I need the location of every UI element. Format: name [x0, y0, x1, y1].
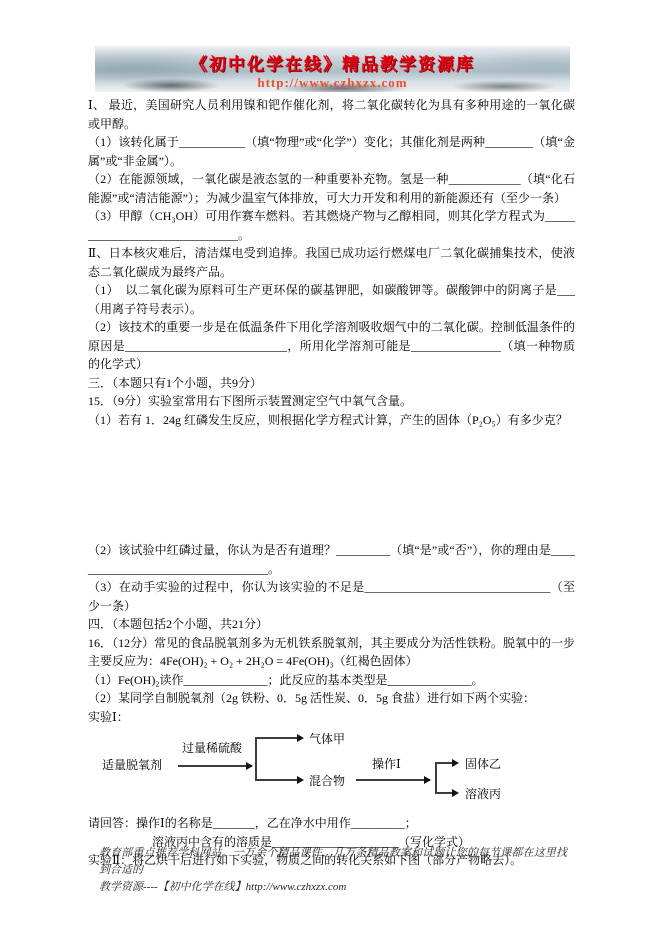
arrow-right-icon — [424, 776, 431, 784]
page-footer: 教育部重点推荐学科网站。一万余个精品课件，几万条精品教案和试题让您的每节课都在这… — [99, 845, 567, 896]
banner-url-text: http://www.czhxzx.com — [95, 75, 570, 91]
diagram-line — [255, 779, 299, 781]
diagram-node-gas-a: 气体甲 — [309, 730, 345, 749]
question-II-intro: Ⅱ、日本核灾难后，清洁煤电受到追捧。我国已成功运行燃煤电厂二氧化碳捕集技术，使液… — [88, 244, 575, 281]
diagram-node-mixture: 混合物 — [309, 772, 345, 791]
arrow-right-icon — [297, 776, 304, 784]
question-I-sub1: （1）该转化属于___________（填“物理”或“化学”）变化；其催化剂是两… — [88, 133, 575, 170]
calculation-answer-space — [88, 429, 575, 541]
worksheet-page: 《初中化学在线》精品教学资源库 http://www.czhxzx.com Ⅰ、… — [0, 0, 661, 935]
banner-title: 《初中化学在线》精品教学资源库 — [95, 50, 570, 75]
arrow-right-icon — [297, 734, 304, 742]
arrow-right-icon — [452, 759, 459, 767]
question-II-sub2: （2）该技术的重要一步是在低温条件下用化学溶剂吸收烟气中的二氧化碳。控制低温条件… — [88, 318, 575, 374]
question-I-intro: Ⅰ、 最近，美国研究人员利用镍和钯作催化剂，将二氧化碳转化为具有多种用途的一氧化… — [88, 96, 575, 133]
diagram-line — [356, 779, 430, 781]
question-I-sub3: （3）甲醇（CH₃OH）可用作赛车燃料。若其燃烧产物与乙醇相同，则其化学方程式为… — [88, 207, 575, 244]
diagram-node-solid-b: 固体乙 — [465, 755, 501, 774]
diagram-arrow-label-operation1: 操作Ⅰ — [372, 755, 401, 774]
experiment1-flow-diagram: 适量脱氧剂 过量稀硫酸 气体甲 混合物 操作Ⅰ 固体乙 溶液丙 — [88, 728, 575, 808]
question-II-sub1: （1） 以二氧化碳为原料可生产更环保的碳基钾肥，如碳酸钾等。碳酸钾中的阴离子是_… — [88, 281, 575, 318]
diagram-line — [255, 737, 299, 739]
arrow-right-icon — [246, 762, 253, 770]
section-3-header: 三．（本题只有1个小题，共9分） — [88, 374, 575, 393]
diagram-arrow-label-sulfuric-acid: 过量稀硫酸 — [182, 739, 242, 758]
section-4-header: 四．（本题包括2个小题，共21分） — [88, 615, 575, 634]
diagram-line — [178, 765, 252, 767]
question-15-sub1: （1）若有 1．24g 红磷发生反应，则根据化学方程式计算，产生的固体（P₂O₅… — [88, 411, 575, 430]
site-banner: 《初中化学在线》精品教学资源库 http://www.czhxzx.com — [95, 46, 570, 92]
question-16-intro: 16．（12分）常见的食品脱氧剂多为无机铁系脱氧剂，其主要成分为活性铁粉。脱氧中… — [88, 634, 575, 671]
question-16-sub2: （2）某同学自制脱氧剂（2g 铁粉、0．5g 活性炭、0．5g 食盐）进行如下两… — [88, 689, 575, 708]
question-16-sub1: （1）Fe(OH)₂读作______________；此反应的基本类型是____… — [88, 671, 575, 690]
answer-prompt-line1: 请回答：操作Ⅰ的名称是_______，乙在净水中用作_________； — [88, 814, 575, 833]
question-I-sub2: （2）在能源领域，一氧化碳是液态氢的一种重要补充物。氢是一种__________… — [88, 170, 575, 207]
experiment-1-label: 实验Ⅰ： — [88, 708, 575, 727]
question-15-sub2: （2）该试验中红磷过量，你认为是否有道理？_________（填“是”或“否”）… — [88, 541, 575, 578]
diagram-branch-connector — [435, 762, 437, 793]
question-15-sub3: （3）在动手实验的过程中，你认为该实验的不足是_________________… — [88, 578, 575, 615]
question-15-intro: 15．（9分）实验室常用右下图所示装置测定空气中氧气含量。 — [88, 392, 575, 411]
diagram-node-deoxidizer: 适量脱氧剂 — [102, 756, 162, 775]
arrow-right-icon — [452, 789, 459, 797]
footer-line1: 教育部重点推荐学科网站。一万余个精品课件，几万条精品教案和试题让您的每节课都在这… — [99, 845, 567, 879]
diagram-branch-connector — [255, 737, 257, 780]
footer-line2: 教学资源----【初中化学在线】http://www.czhxzx.com — [99, 879, 567, 896]
diagram-node-solution-c: 溶液丙 — [465, 785, 501, 804]
worksheet-content: Ⅰ、 最近，美国研究人员利用镍和钯作催化剂，将二氧化碳转化为具有多种用途的一氧化… — [88, 96, 575, 870]
